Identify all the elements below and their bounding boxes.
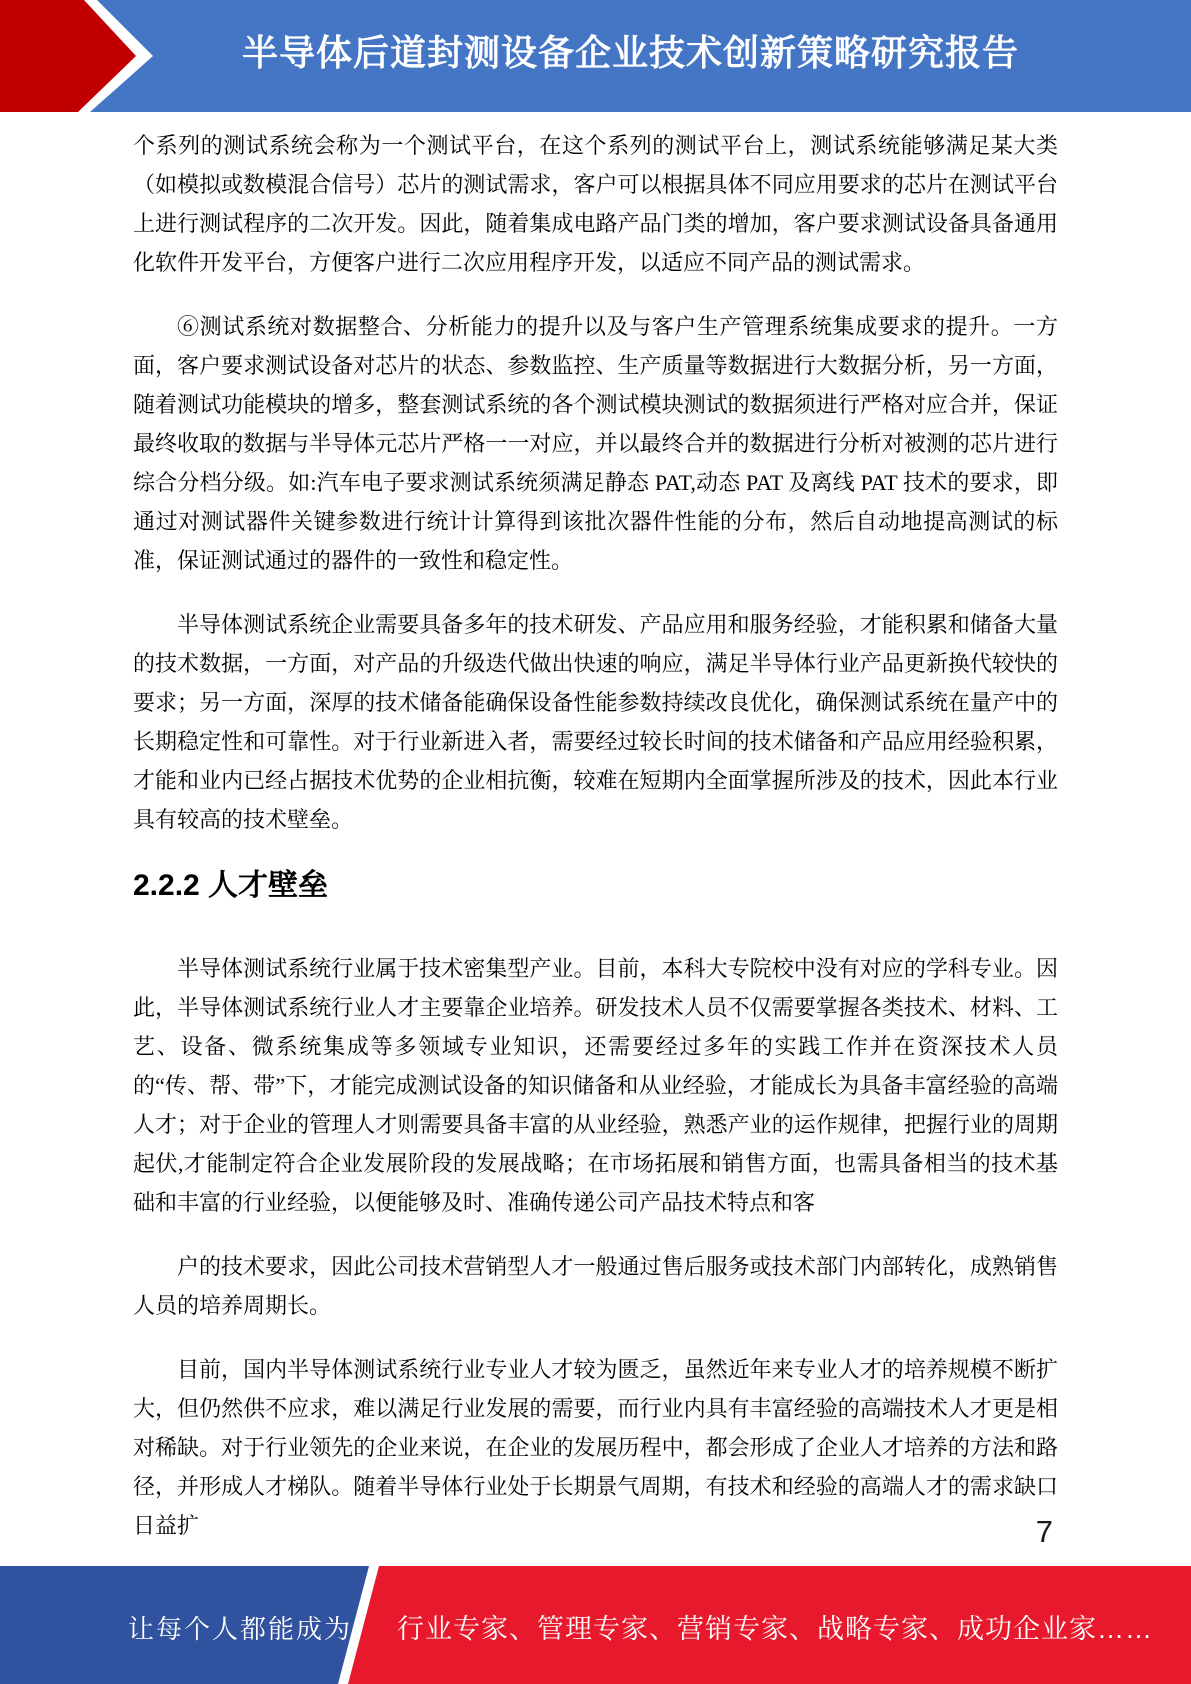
section-heading: 2.2.2 人才壁垒 [133, 867, 1058, 905]
paragraph: ⑥测试系统对数据整合、分析能力的提升以及与客户生产管理系统集成要求的提升。一方面… [133, 307, 1058, 580]
paragraph: 半导体测试系统企业需要具备多年的技术研发、产品应用和服务经验，才能积累和储备大量… [133, 605, 1058, 839]
page-number: 7 [1036, 1514, 1053, 1550]
paragraph: 目前，国内半导体测试系统行业专业人才较为匮乏，虽然近年来专业人才的培养规模不断扩… [133, 1350, 1058, 1545]
report-title: 半导体后道封测设备企业技术创新策略研究报告 [0, 0, 1191, 112]
document-body: 个系列的测试系统会称为一个测试平台，在这个系列的测试平台上，测试系统能够满足某大… [133, 112, 1058, 1570]
header-banner: 半导体后道封测设备企业技术创新策略研究报告 [0, 0, 1191, 112]
footer: 让每个人都能成为 行业专家、管理专家、营销专家、战略专家、成功企业家…… [0, 1566, 1191, 1684]
footer-slogan-left: 让每个人都能成为 [128, 1615, 352, 1643]
report-page: 半导体后道封测设备企业技术创新策略研究报告 个系列的测试系统会称为一个测试平台，… [0, 0, 1191, 1684]
paragraph: 个系列的测试系统会称为一个测试平台，在这个系列的测试平台上，测试系统能够满足某大… [133, 126, 1058, 282]
paragraph: 半导体测试系统行业属于技术密集型产业。目前，本科大专院校中没有对应的学科专业。因… [133, 949, 1058, 1222]
paragraph: 户的技术要求，因此公司技术营销型人才一般通过售后服务或技术部门内部转化，成熟销售… [133, 1247, 1058, 1325]
footer-slogan-right: 行业专家、管理专家、营销专家、战略专家、成功企业家…… [397, 1614, 1153, 1644]
red-chevron-icon [0, 0, 170, 112]
